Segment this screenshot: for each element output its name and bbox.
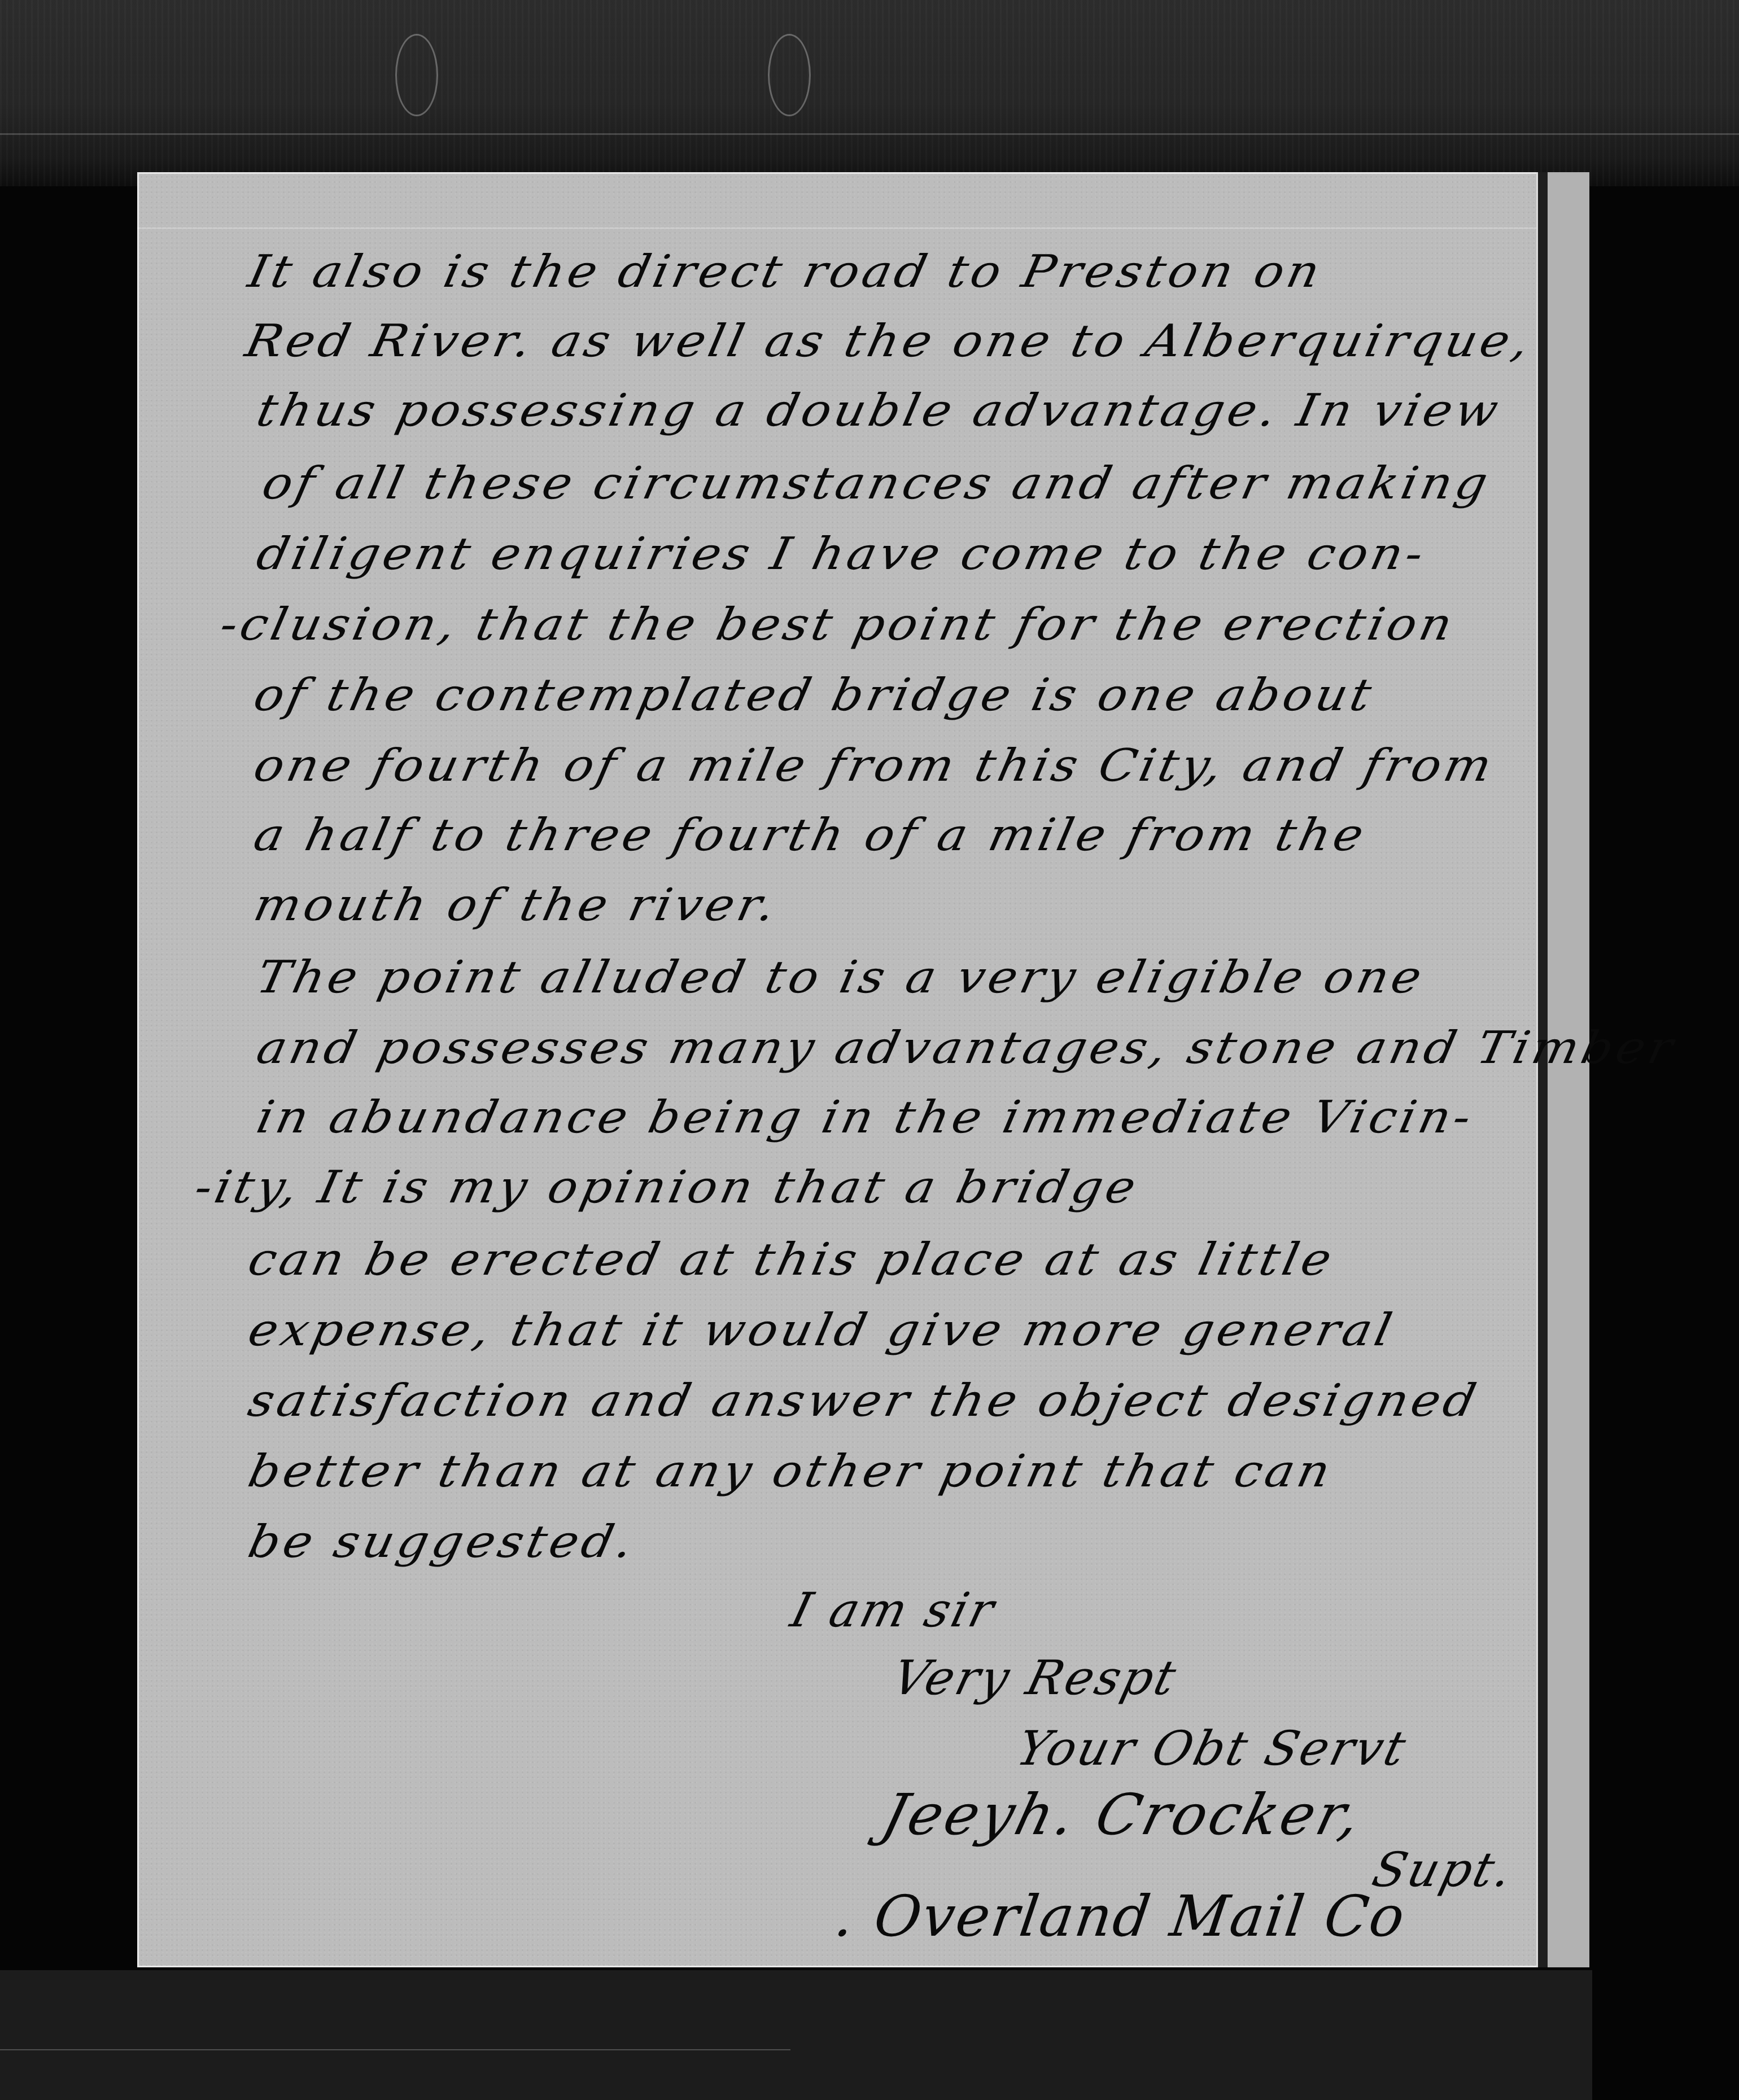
closing-servant: Your Obt Servt (1012, 1725, 1412, 1772)
closing-salutation: I am sir (787, 1586, 1000, 1634)
signature-organization: . Overland Mail Co (832, 1888, 1409, 1945)
letter-line: It also is the direct road to Preston on (244, 250, 1327, 294)
letter-line: one fourth of a mile from this City, and… (250, 743, 1498, 788)
letter-line: satisfaction and answer the object desig… (244, 1379, 1483, 1423)
letter-line: a half to three fourth of a mile from th… (250, 813, 1371, 858)
bleed-through-mark (768, 34, 811, 116)
film-seam (0, 133, 1739, 135)
letter-line: can be erected at this place at as littl… (244, 1237, 1339, 1282)
paper-crease (137, 228, 1543, 229)
letter-line: of the contemplated bridge is one about (250, 673, 1378, 718)
scan-background-bottom (0, 1970, 1592, 2100)
letter-line: diligent enquiries I have come to the co… (253, 532, 1431, 576)
letter-line: in abundance being in the immediate Vici… (253, 1095, 1478, 1140)
signature-name: Jeeyh. Crocker, (877, 1787, 1369, 1843)
letter-line: The point alluded to is a very eligible … (253, 955, 1429, 1000)
letter-line: -clusion, that the best point for the er… (216, 602, 1460, 647)
film-seam (0, 2049, 790, 2050)
letter-line: be suggested. (244, 1520, 640, 1564)
microfilm-scan: It also is the direct road to Preston on… (0, 0, 1739, 2100)
letter-line: and possesses many advantages, stone and… (253, 1026, 1680, 1070)
letter-line: better than at any other point that can (244, 1449, 1338, 1494)
letter-line: -ity, It is my opinion that a bridge (191, 1165, 1143, 1210)
letter-line: thus possessing a double advantage. In v… (253, 388, 1505, 433)
scan-background-top (0, 0, 1739, 186)
bleed-through-mark (395, 34, 438, 116)
closing-respectfully: Very Respt (888, 1654, 1183, 1701)
letter-line: of all these circumstances and after mak… (259, 461, 1495, 506)
letter-line: Red River. as well as the one to Alberqu… (242, 319, 1536, 364)
letter-line: mouth of the river. (250, 883, 783, 928)
letter-line: expense, that it would give more general (244, 1308, 1399, 1353)
letter-page: It also is the direct road to Preston on… (137, 172, 1589, 1967)
